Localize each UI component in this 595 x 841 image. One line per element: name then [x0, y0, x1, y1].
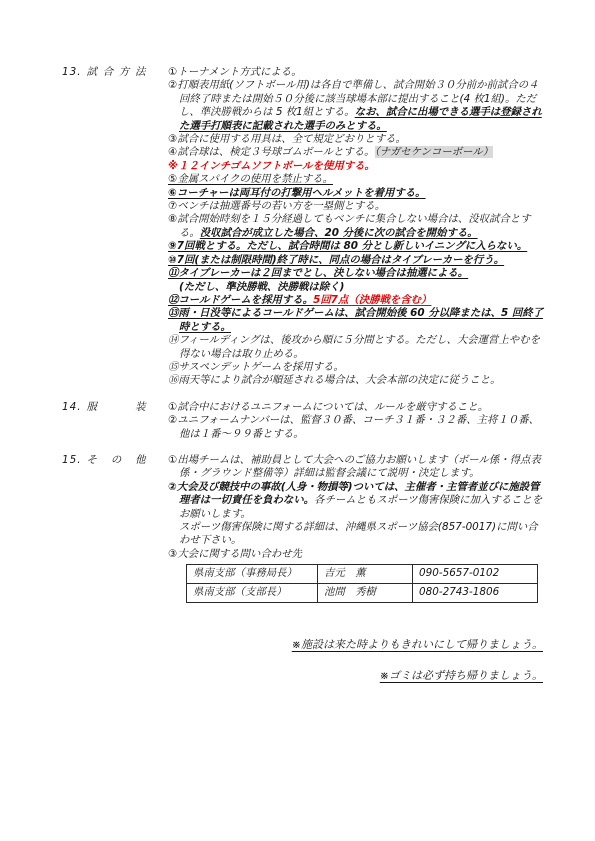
table-row: 県南支部（事務局長）吉元 薫090-5657-0102	[187, 565, 538, 584]
section-heading: 14.服装	[62, 401, 168, 414]
section-number: 14.	[62, 401, 82, 414]
text-run: ⑮サスペンデットゲームを採用する。	[168, 361, 344, 373]
document-page: 13.試合方法①トーナメント方式による。②打順表用紙(ソフトボール用)は各自で準…	[0, 0, 595, 841]
text-run: ④試合球は、検定３号球ゴムボールとする。	[168, 146, 375, 158]
section: 15.その他①出場チームは、補助員として大会へのご協力お願いします（ボール係・得…	[62, 454, 543, 604]
section-number: 13.	[62, 66, 82, 79]
contact-table-body: 県南支部（事務局長）吉元 薫090-5657-0102県南支部（支部長）池間 秀…	[187, 565, 538, 603]
text-run: ⑥コーチャーは両耳付の打撃用ヘルメットを着用する。	[168, 187, 426, 199]
text-run: ③試合に使用する用具は、全て規定どおりとする。	[168, 133, 406, 145]
text-run: ⑪タイブレーカーは２回までとし、決しない場合は抽選による。	[168, 267, 468, 279]
contact-office-cell: 県南支部（支部長）	[187, 584, 318, 603]
rule-item: ⑪タイブレーカーは２回までとし、決しない場合は抽選による。	[168, 267, 543, 280]
rule-item: ⑮サスペンデットゲームを採用する。	[168, 361, 543, 374]
section-heading: 15.その他	[62, 454, 168, 467]
sections: 13.試合方法①トーナメント方式による。②打順表用紙(ソフトボール用)は各自で準…	[62, 66, 543, 604]
text-run: ⑭フィールディングは、後攻から順に５分間とする。ただし、大会運営上やむを得ない場…	[168, 334, 540, 359]
section-number: 15.	[62, 454, 82, 467]
section: 13.試合方法①トーナメント方式による。②打順表用紙(ソフトボール用)は各自で準…	[62, 66, 543, 388]
contact-phone-cell: 080-2743-1806	[413, 584, 538, 603]
section-title: 試合方法	[87, 66, 147, 79]
text-run: ⑬雨・日没等によるコールドゲームは、試合開始後 60 分以降または、5 回終了時…	[168, 307, 543, 332]
rule-item: ②打順表用紙(ソフトボール用)は各自で準備し、試合開始３０分前か前試合の４回終了…	[168, 79, 543, 133]
rule-item: ②ユニフォームナンバーは、監督３０番、コーチ３１番・３２番、主将１０番、他は１番…	[168, 414, 543, 441]
section: 14.服装①試合中におけるユニフォームについては、ルールを厳守すること。②ユニフ…	[62, 401, 543, 441]
rule-item: ⑩7回(または制限時間)終了時に、同点の場合はタイブレーカーを行う。	[168, 254, 543, 267]
section-title: 服装	[87, 401, 147, 414]
rule-item: ①出場チームは、補助員として大会へのご協力お願いします（ボール係・得点表係・グラ…	[168, 454, 543, 481]
text-run: スポーツ傷害保険に関する詳細は、沖縄県スポーツ協会(857-0017)に問い合わ…	[179, 521, 538, 546]
rule-item: ①トーナメント方式による。	[168, 66, 543, 79]
text-run: （ナガセケンコーボール）	[375, 146, 494, 158]
text-run: ②ユニフォームナンバーは、監督３０番、コーチ３１番・３２番、主将１０番、他は１番…	[168, 414, 539, 439]
rule-item: ⑨7回戦とする。ただし、試合時間は 80 分とし新しいイニングに入らない。	[168, 240, 543, 253]
section-body: ①トーナメント方式による。②打順表用紙(ソフトボール用)は各自で準備し、試合開始…	[168, 66, 543, 388]
rule-item: ⑬雨・日没等によるコールドゲームは、試合開始後 60 分以降または、5 回終了時…	[168, 307, 543, 334]
text-run: ⑩7回(または制限時間)終了時に、同点の場合はタイブレーカーを行う。	[168, 254, 504, 266]
table-row: 県南支部（支部長）池間 秀樹080-2743-1806	[187, 584, 538, 603]
contact-table: 県南支部（事務局長）吉元 薫090-5657-0102県南支部（支部長）池間 秀…	[186, 564, 538, 603]
text-run: ⑦ベンチは抽選番号の若い方を一塁側とする。	[168, 200, 385, 212]
text-run: ⑤金属スパイクの使用を禁止する。	[168, 173, 333, 185]
rule-item: ⑧試合開始時刻を１５分経過してもベンチに集合しない場合は、没収試合とする。没収試…	[168, 213, 543, 240]
rule-item: ③大会に関する問い合わせ先	[168, 548, 543, 561]
contact-name-cell: 吉元 薫	[318, 565, 413, 584]
rule-item: ⑤金属スパイクの使用を禁止する。	[168, 173, 543, 186]
text-run: ⑫コールドゲームを採用する。	[168, 294, 313, 306]
rule-item: ⑦ベンチは抽選番号の若い方を一塁側とする。	[168, 200, 543, 213]
rule-item: ⑫コールドゲームを採用する。5回7点（決勝戦を含む）	[168, 294, 543, 307]
text-run: ①トーナメント方式による。	[168, 66, 302, 78]
text-run: ⑨7回戦とする。ただし、試合時間は 80 分とし新しいイニングに入らない。	[168, 240, 527, 252]
rule-item: ②大会及び競技中の事故(人身・物損等)ついては、主催者・主管者並びに施設管理者は…	[168, 481, 543, 521]
footnote-trash: ※ゴミは必ず持ち帰りましょう。	[62, 669, 543, 682]
rule-item: ⑯雨天等により試合が順延される場合は、大会本部の決定に従うこと。	[168, 374, 543, 387]
text-run: ①試合中におけるユニフォームについては、ルールを厳守すること。	[168, 401, 488, 413]
contact-office-cell: 県南支部（事務局長）	[187, 565, 318, 584]
section-title: その他	[87, 454, 147, 467]
rule-item: ※１２インチゴムソフトボールを使用する。	[168, 160, 543, 173]
contact-phone-cell: 090-5657-0102	[413, 565, 538, 584]
footnote-facility: ※施設は来た時よりもきれいにして帰りましょう。	[62, 638, 543, 651]
section-body: ①試合中におけるユニフォームについては、ルールを厳守すること。②ユニフォームナン…	[168, 401, 543, 441]
text-run: ※１２インチゴムソフトボールを使用する。	[168, 160, 375, 172]
text-run: ①出場チームは、補助員として大会へのご協力お願いします（ボール係・得点表係・グラ…	[168, 454, 541, 479]
section-heading: 13.試合方法	[62, 66, 168, 79]
text-run: 5回7点（決勝戦を含む）	[313, 294, 431, 306]
rule-item: ⑥コーチャーは両耳付の打撃用ヘルメットを着用する。	[168, 187, 543, 200]
rule-item: ⑭フィールディングは、後攻から順に５分間とする。ただし、大会運営上やむを得ない場…	[168, 334, 543, 361]
text-run: 没収試合が成立した場合、20 分後に次の試合を開始する。	[200, 227, 478, 239]
footnotes: ※施設は来た時よりもきれいにして帰りましょう。 ※ゴミは必ず持ち帰りましょう。	[62, 638, 543, 682]
text-run: (ただし、準決勝戦、決勝戦は除く)	[179, 281, 344, 293]
contact-name-cell: 池間 秀樹	[318, 584, 413, 603]
text-run: ⑯雨天等により試合が順延される場合は、大会本部の決定に従うこと。	[168, 374, 501, 386]
text-run: ③大会に関する問い合わせ先	[168, 548, 302, 560]
rule-item: (ただし、準決勝戦、決勝戦は除く)	[168, 281, 543, 294]
rule-item: ④試合球は、検定３号球ゴムボールとする。（ナガセケンコーボール）	[168, 146, 543, 159]
rule-item: スポーツ傷害保険に関する詳細は、沖縄県スポーツ協会(857-0017)に問い合わ…	[168, 521, 543, 548]
rule-item: ③試合に使用する用具は、全て規定どおりとする。	[168, 133, 543, 146]
rule-item: ①試合中におけるユニフォームについては、ルールを厳守すること。	[168, 401, 543, 414]
section-body: ①出場チームは、補助員として大会へのご協力お願いします（ボール係・得点表係・グラ…	[168, 454, 543, 604]
